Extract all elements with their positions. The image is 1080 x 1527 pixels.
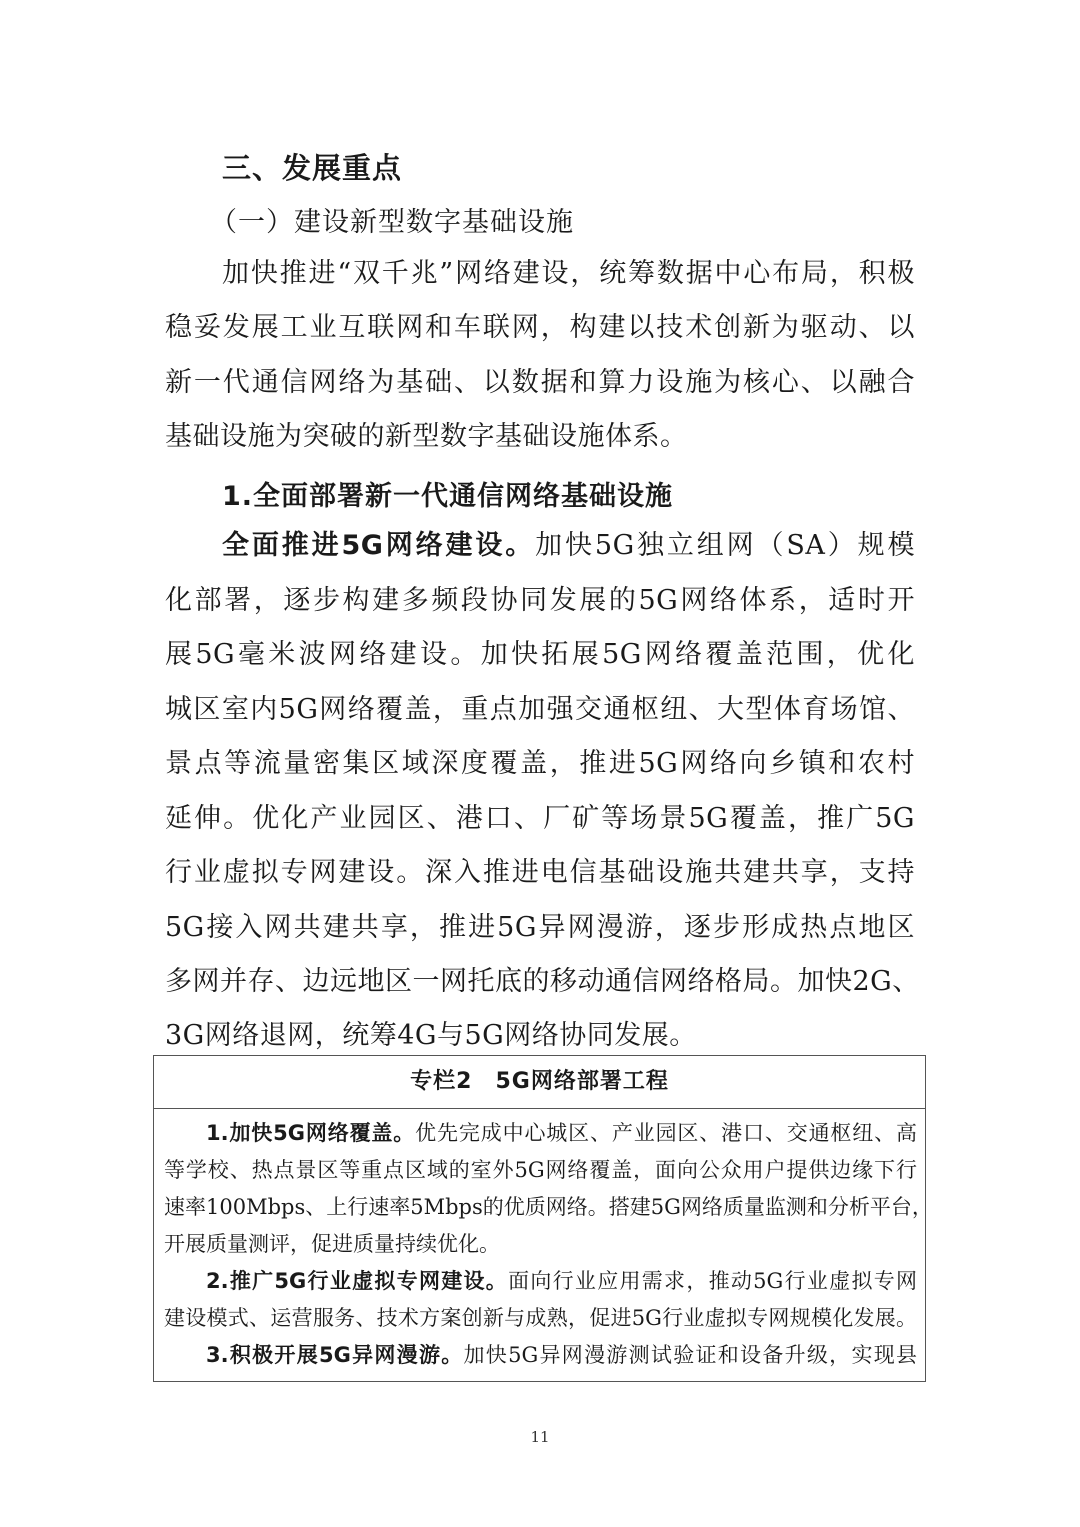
box-item-lead: 3.积极开展5G异网漫游。 [206, 1343, 464, 1367]
paragraph-line: 行业虚拟专网建设。深入推进电信基础设施共建共享，支持 [165, 855, 915, 891]
box-line: 1.加快5G网络覆盖。优先完成中心城区、产业园区、港口、交通枢纽、高 [206, 1118, 917, 1148]
paragraph-line: 展5G毫米波网络建设。加快拓展5G网络覆盖范围，优化 [165, 637, 915, 673]
item-heading: 1.全面部署新一代通信网络基础设施 [222, 474, 673, 513]
section-heading: 三、发展重点 [222, 146, 402, 187]
paragraph-line: 多网并存、边远地区一网托底的移动通信网络格局。加快2G、 [165, 964, 915, 1000]
page-number: 11 [0, 1428, 1080, 1446]
feature-box: 专栏2 5G网络部署工程 1.加快5G网络覆盖。优先完成中心城区、产业园区、港口… [153, 1055, 926, 1382]
paragraph-line: 5G接入网共建共享，推进5G异网漫游，逐步形成热点地区 [165, 910, 915, 946]
paragraph-line: 延伸。优化产业园区、港口、厂矿等场景5G覆盖，推广5G [165, 801, 915, 837]
box-item-text: 加快5G异网漫游测试验证和设备升级，实现县 [464, 1343, 917, 1367]
box-item-lead: 2.推广5G行业虚拟专网建设。 [206, 1269, 508, 1293]
paragraph-line: 景点等流量密集区域深度覆盖，推进5G网络向乡镇和农村 [165, 746, 915, 782]
box-line: 建设模式、运营服务、技术方案创新与成熟，促进5G行业虚拟专网规模化发展。 [164, 1303, 917, 1333]
box-line: 开展质量测评，促进质量持续优化。 [164, 1229, 917, 1259]
paragraph-line: 全面推进5G网络建设。加快5G独立组网（SA）规模 [222, 528, 915, 564]
box-line: 2.推广5G行业虚拟专网建设。面向行业应用需求，推动5G行业虚拟专网 [206, 1266, 917, 1296]
box-item-text: 优先完成中心城区、产业园区、港口、交通枢纽、高 [415, 1121, 917, 1145]
box-line: 速率100Mbps、上行速率5Mbps的优质网络。搭建5G网络质量监测和分析平台… [164, 1192, 917, 1222]
paragraph-line: 稳妥发展工业互联网和车联网，构建以技术创新为驱动、以 [165, 310, 915, 346]
paragraph-line: 新一代通信网络为基础、以数据和算力设施为核心、以融合 [165, 365, 915, 401]
paragraph-lead: 全面推进5G网络建设。 [222, 530, 535, 561]
subsection-heading: （一）建设新型数字基础设施 [210, 200, 574, 239]
box-item-text: 面向行业应用需求，推动5G行业虚拟专网 [508, 1269, 917, 1293]
paragraph-line: 3G网络退网，统筹4G与5G网络协同发展。 [165, 1018, 915, 1054]
box-title: 专栏2 5G网络部署工程 [154, 1056, 925, 1109]
paragraph-text: 加快5G独立组网（SA）规模 [535, 530, 915, 561]
paragraph-line: 加快推进“双千兆”网络建设，统筹数据中心布局，积极 [222, 256, 915, 292]
box-line: 等学校、热点景区等重点区域的室外5G网络覆盖，面向公众用户提供边缘下行 [164, 1155, 917, 1185]
box-item-lead: 1.加快5G网络覆盖。 [206, 1121, 415, 1145]
box-line: 3.积极开展5G异网漫游。加快5G异网漫游测试验证和设备升级，实现县 [206, 1340, 917, 1370]
paragraph-line: 基础设施为突破的新型数字基础设施体系。 [165, 419, 915, 455]
paragraph-line: 城区室内5G网络覆盖，重点加强交通枢纽、大型体育场馆、 [165, 692, 915, 728]
paragraph-line: 化部署，逐步构建多频段协同发展的5G网络体系，适时开 [165, 583, 915, 619]
